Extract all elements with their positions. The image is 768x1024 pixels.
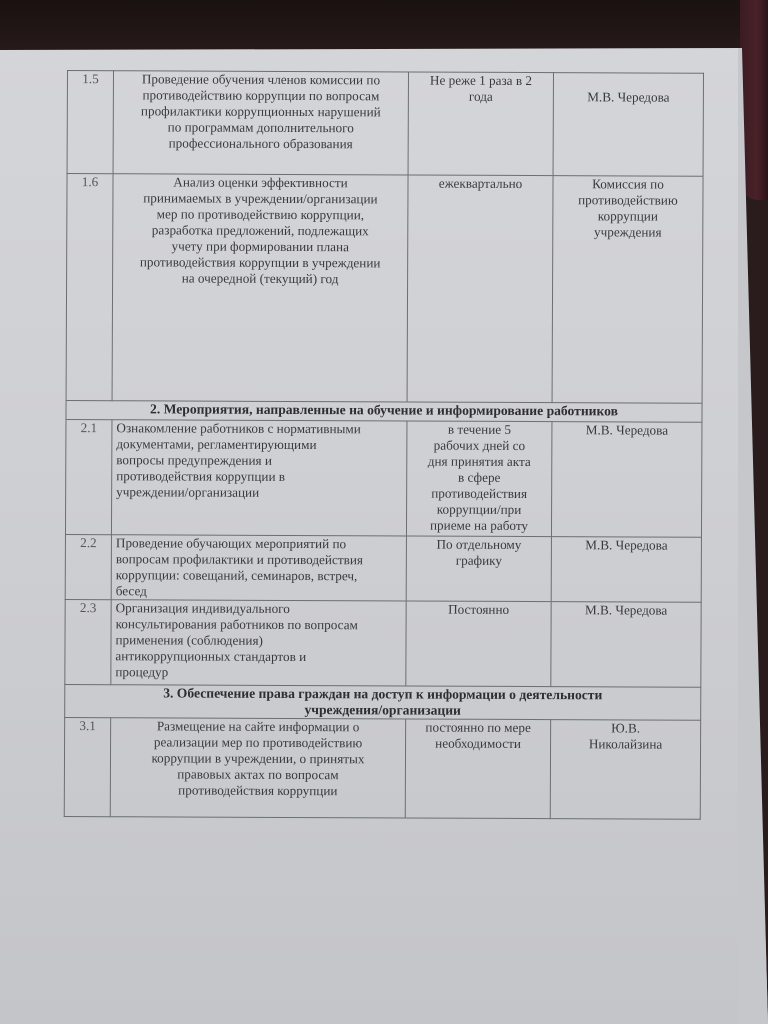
table-row: 2.1 Ознакомление работников с нормативны…	[65, 419, 701, 537]
row-term: По отдельному графику	[406, 536, 551, 602]
row-responsible: М.В. Чередова	[551, 422, 702, 538]
row-number: 3.1	[64, 717, 110, 816]
row-responsible: Ю.В. Николайзина	[550, 720, 700, 820]
anticorruption-plan-table: 1.5 Проведение обучения членов комиссии …	[64, 70, 704, 820]
row-responsible: М.В. Чередова	[551, 602, 701, 688]
section-header-row: 3. Обеспечение права граждан на доступ к…	[65, 684, 701, 720]
row-activity: Ознакомление работников с нормативными д…	[111, 420, 406, 536]
row-number: 2.2	[65, 534, 111, 599]
row-number: 2.3	[65, 599, 111, 684]
table-row: 2.2 Проведение обучающих мероприятий по …	[65, 534, 701, 602]
row-activity: Проведение обучающих мероприятий по вопр…	[111, 535, 406, 601]
row-activity: Размещение на сайте информации о реализа…	[110, 718, 405, 818]
row-activity: Проведение обучения членов комиссии по п…	[113, 71, 408, 175]
table-row: 1.5 Проведение обучения членов комиссии …	[67, 71, 703, 177]
row-activity: Организация индивидуального консультиров…	[111, 600, 406, 686]
table-row: 1.6 Анализ оценки эффективности принимае…	[66, 174, 703, 404]
row-responsible: М.В. Чередова	[551, 537, 701, 603]
row-activity: Анализ оценки эффективности принимаемых …	[112, 174, 408, 402]
row-number: 1.5	[67, 71, 113, 174]
table-row: 3.1 Размещение на сайте информации о реа…	[64, 717, 700, 819]
row-term: Не реже 1 раза в 2 года	[408, 72, 553, 176]
row-term: ежеквартально	[407, 175, 553, 403]
row-responsible: М.В. Чередова	[553, 73, 703, 177]
row-number: 1.6	[66, 174, 113, 401]
row-term: постоянно по мере необходимости	[405, 719, 550, 819]
table-row: 2.3 Организация индивидуального консульт…	[65, 599, 701, 687]
row-term: в течение 5 рабочих дней со дня принятия…	[406, 421, 552, 537]
row-term: Постоянно	[406, 601, 551, 687]
section-3-title: 3. Обеспечение права граждан на доступ к…	[65, 684, 701, 720]
row-responsible: Комиссия по противодействию коррупции уч…	[552, 176, 703, 404]
row-number: 2.1	[65, 419, 112, 534]
